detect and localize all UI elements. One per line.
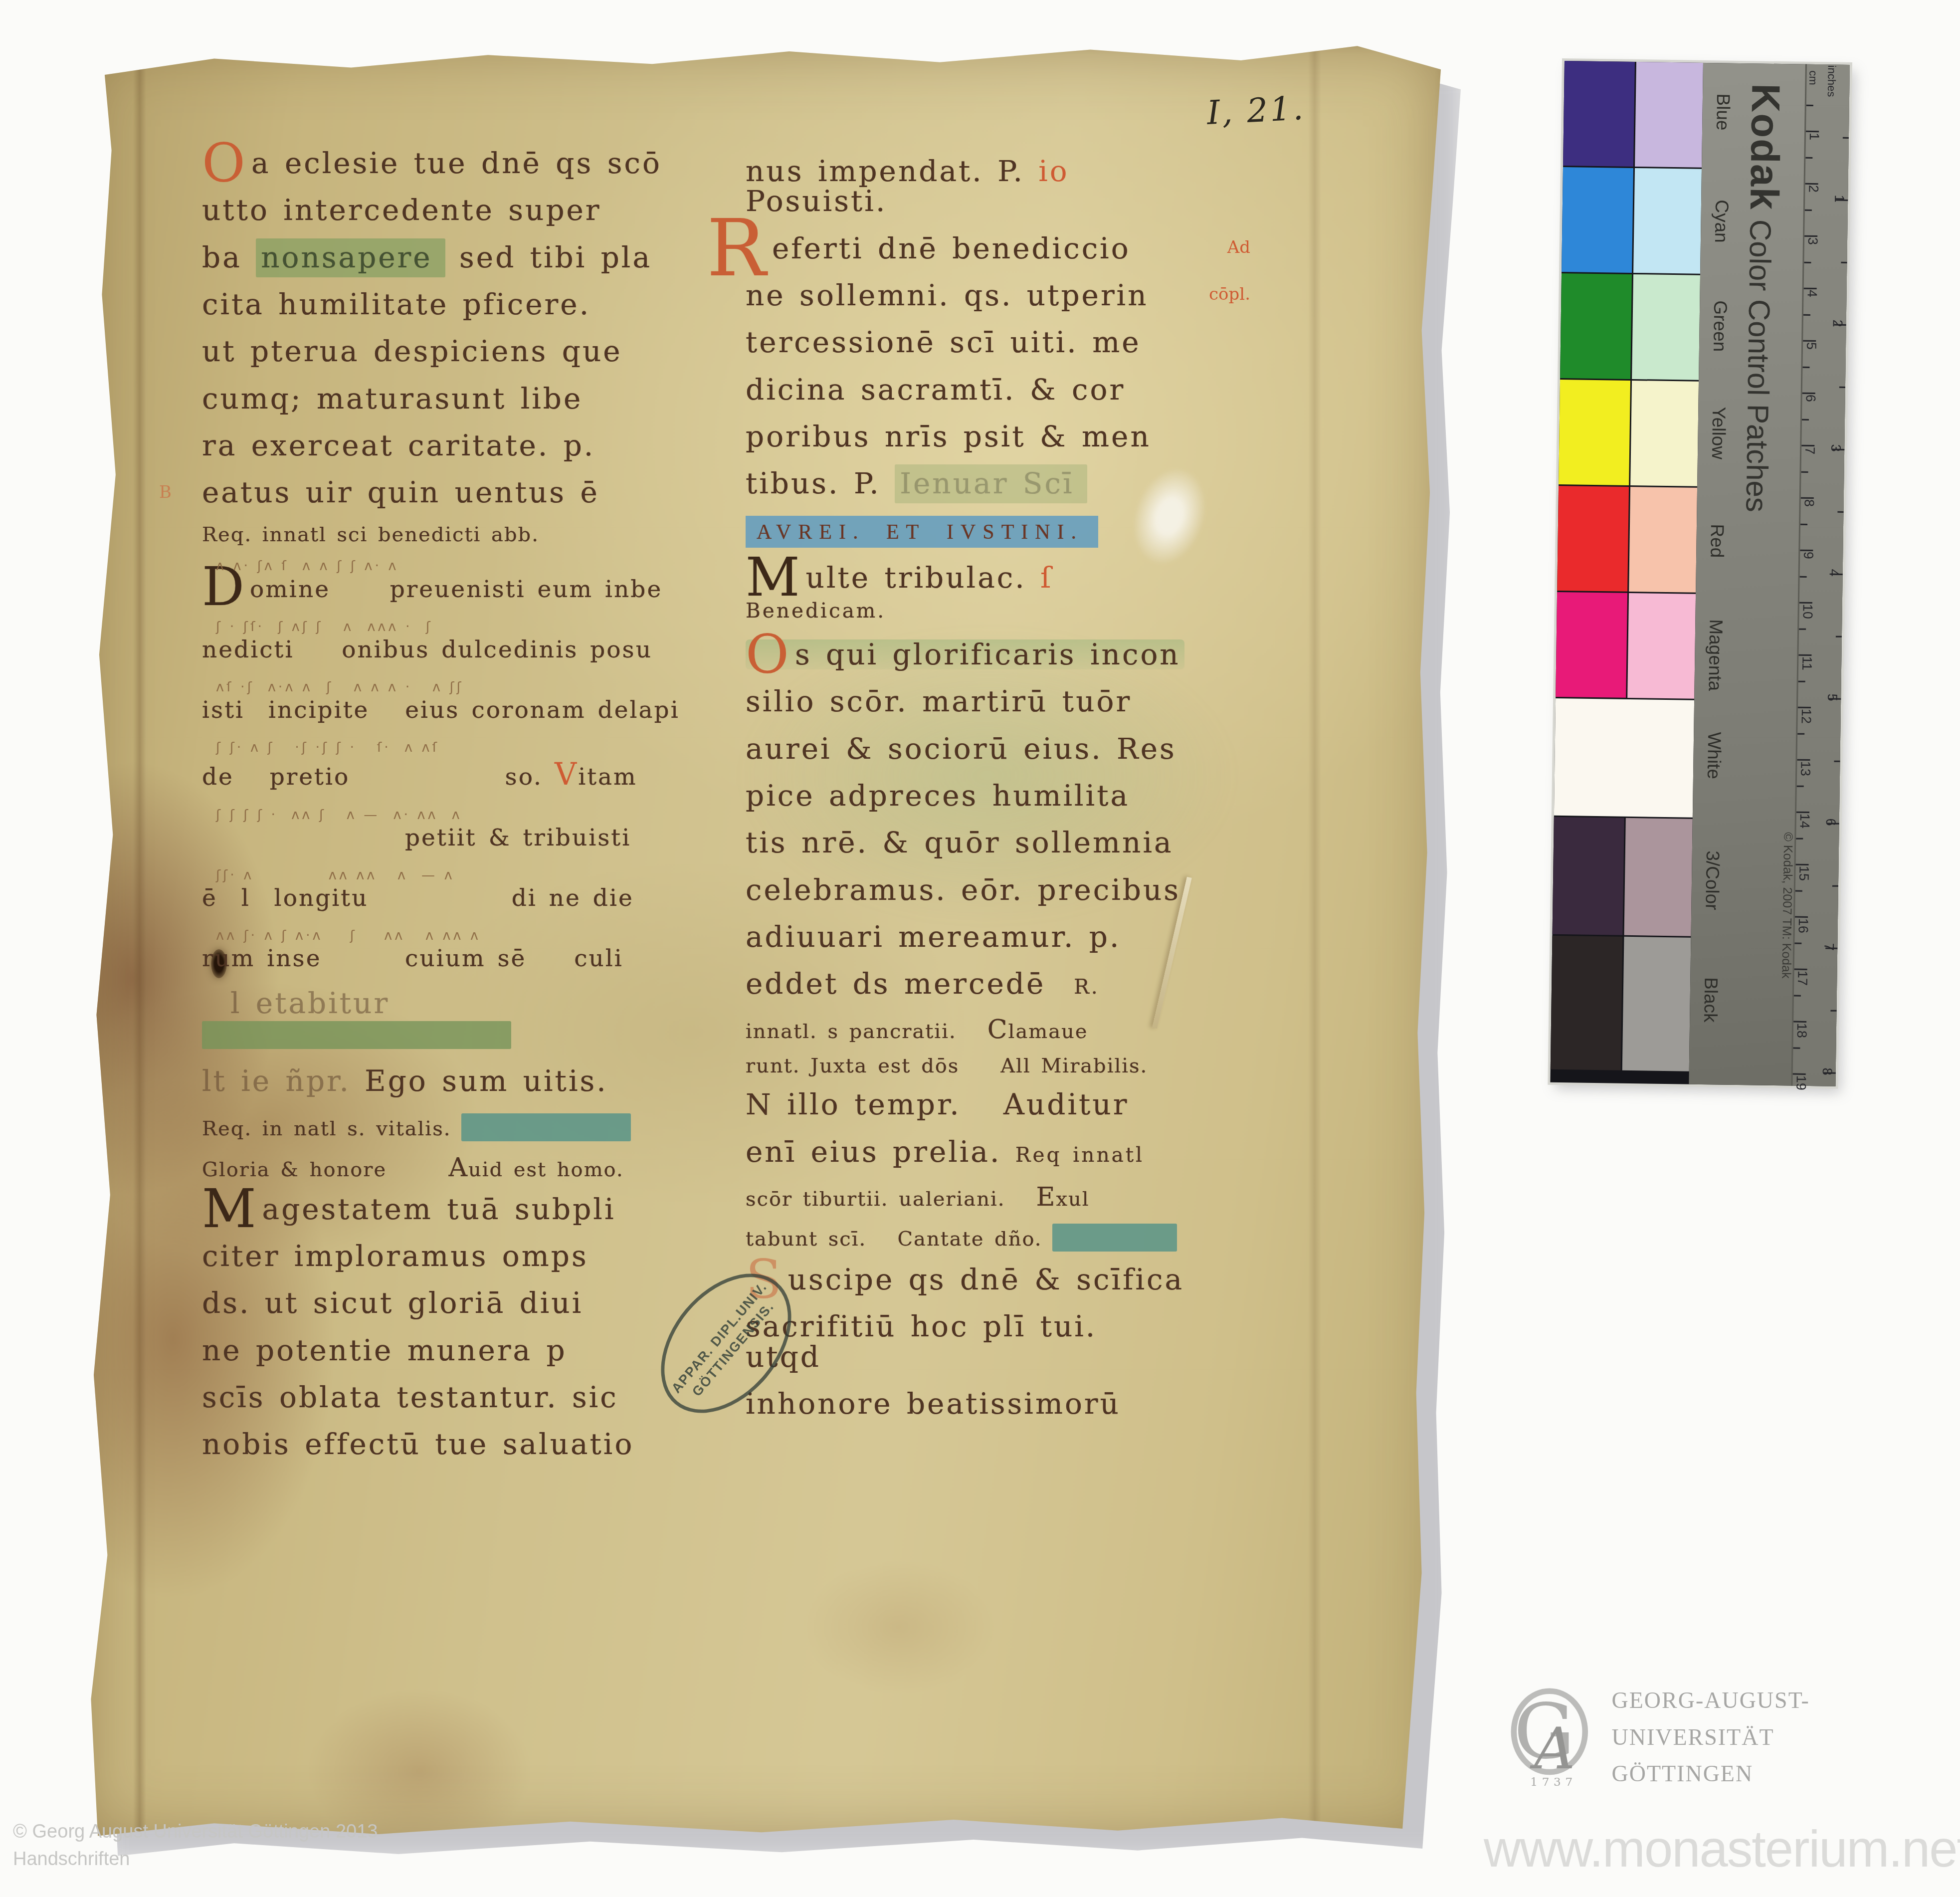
ruler-tick-cm-half <box>1798 680 1805 682</box>
ruler-unit-cm: cm <box>1806 70 1819 85</box>
manuscript-line-text: nedicti onibus dulcedinis posu <box>202 638 706 662</box>
patch-label: Black <box>1700 977 1721 1023</box>
ruler-tick-cm-half <box>1805 157 1812 158</box>
manuscript-text-segment: AVREI. ET IVSTINI. <box>757 521 1083 544</box>
chant-neumes: ʃʃ· ʌ ʌʌ ʌʌ ʌ — ʌ <box>216 867 706 885</box>
manuscript-text-segment: xul <box>1056 1188 1090 1211</box>
manuscript-line: cita humilitate pficere. <box>202 289 706 319</box>
color-patch-row <box>1556 592 1696 699</box>
manuscript-text-segment: utto intercedente super <box>202 193 601 227</box>
manuscript-line: AVREI. ET IVSTINI. <box>746 516 1184 548</box>
manuscript-line-text: ne sollemni. qs. utperin <box>746 280 1184 310</box>
manuscript-text-segment: ne sollemni. qs. utperin <box>746 278 1149 312</box>
manuscript-text-segment: ē l longitu di ne die <box>202 884 634 912</box>
manuscript-line: tis nrē. & quōr sollemnia <box>746 828 1184 857</box>
manuscript-line-text: ba nonsapere sed tibi pla <box>202 242 706 272</box>
illuminated-initial: O <box>202 153 247 173</box>
manuscript-line: celebramus. eōr. precibus <box>746 875 1184 905</box>
manuscript-line-text: citer imploramus omps <box>202 1241 706 1271</box>
manuscript-line-text: de pretio so. Vitam <box>202 759 706 791</box>
manuscript-line: Multe tribulac. ſ Benedicam. <box>746 563 1184 623</box>
copyright-line1: © Georg August Universität Göttingen 201… <box>13 1818 378 1846</box>
manuscript-line-text: isti incipite eius coronam delapi <box>202 698 706 723</box>
ruler-number-inch: 1 <box>1831 195 1847 202</box>
manuscript-line-text: aurei & sociorū eius. Res <box>746 734 1184 764</box>
manuscript-line-text: Req. innatl sci benedicti abb. <box>202 525 706 546</box>
patch-label: Magenta <box>1704 619 1726 691</box>
manuscript-text-segment: uscipe qs dnē & scīfica <box>788 1263 1184 1296</box>
manuscript-text-segment: sed tibi pla <box>445 240 652 274</box>
margin-note: Ad <box>1227 237 1250 257</box>
ruler-tick-cm <box>1795 916 1808 918</box>
manuscript-line: Req. innatl sci benedicti abb. <box>202 525 706 546</box>
color-patch-cyan-tint <box>1633 168 1702 274</box>
manuscript-line-text: cita humilitate pficere. <box>202 289 706 319</box>
manuscript-line-text: tibus. P. Ienuar Scī <box>746 468 1184 498</box>
ruler-tick-cm-half <box>1795 890 1802 891</box>
university-monogram-icon: G A 1737 <box>1505 1684 1596 1791</box>
manuscript-line: Req. in natl s. vitalis. <box>202 1113 706 1141</box>
ruler-tick-cm-half <box>1794 942 1801 944</box>
manuscript-line: ʌ ʌ· ʃʌ ſ ʌ ʌ ʃ ʃ ʌ· ʌDomine preuenisti … <box>202 558 706 602</box>
manuscript-text-segment: omine preuenisti eum inbe <box>250 576 662 603</box>
manuscript-text-segment: ra exerceat caritate. p. <box>202 428 595 462</box>
fold-crease-right <box>1308 42 1321 1843</box>
manuscript-text-segment: ds. ut sicut gloriā diui <box>202 1286 583 1320</box>
ruler-tick-cm <box>1801 445 1814 446</box>
ruler-tick-cm <box>1800 550 1813 551</box>
manuscript-text-segment: E <box>1036 1182 1056 1212</box>
manuscript-line: nus impendat. P. io Posuisti. <box>746 156 1184 216</box>
ruler-number-cm: 18 <box>1794 1023 1809 1038</box>
ruler-number-cm: 15 <box>1796 866 1811 881</box>
ruler-number-cm: 7 <box>1802 447 1817 454</box>
color-patch-magenta-tint <box>1627 593 1696 699</box>
color-patch-row <box>1554 698 1694 818</box>
color-patch-grid <box>1550 61 1703 1084</box>
color-patch-black-tint <box>1622 937 1691 1071</box>
manuscript-text-segment: agestatem tuā subpli <box>262 1192 616 1226</box>
ruler-tick-cm-half <box>1802 366 1809 368</box>
manuscript-text-segment: innatl. s pancratii. <box>746 1020 987 1043</box>
ruler-number-inch: 5 <box>1824 693 1840 701</box>
color-patch-row <box>1551 936 1691 1071</box>
manuscript-line-text: AVREI. ET IVSTINI. <box>746 516 1098 548</box>
patch-label: Blue <box>1712 93 1734 131</box>
ruler-tick-cm-half <box>1800 523 1807 525</box>
manuscript-line: Os qui glorificaris incon <box>746 639 1184 669</box>
manuscript-line: Oa eclesie tue dnē qs scō <box>202 148 706 178</box>
ruler-tick-cm <box>1799 602 1812 604</box>
manuscript-line-text: inhonore beatissimorū <box>746 1389 1184 1419</box>
ruler-tick-cm-half <box>1797 785 1804 787</box>
ruler-tick-cm <box>1804 288 1817 289</box>
manuscript-text-segment: s qui glorificaris incon <box>795 637 1180 671</box>
manuscript-text-segment: Cantate dño. <box>897 1228 1052 1251</box>
highlight-band <box>1052 1224 1177 1252</box>
copyright-note: © Georg August Universität Göttingen 201… <box>13 1818 378 1873</box>
ruler-tick-inch-half <box>1837 511 1843 513</box>
chant-neumes: ʌ ʌ· ʃʌ ſ ʌ ʌ ʃ ʃ ʌ· ʌ <box>216 558 706 576</box>
manuscript-text-segment: tabunt scī. <box>746 1228 897 1251</box>
ruler-tick-cm-half <box>1802 419 1809 420</box>
manuscript-line-text: silio scōr. martirū tuōr <box>746 686 1184 716</box>
manuscript-line: ne potentie munera p <box>202 1335 706 1365</box>
ruler-tick-inch-half <box>1834 761 1840 762</box>
chart-title: Color Control Patches <box>1740 219 1777 513</box>
color-patch-magenta <box>1556 592 1627 698</box>
manuscript-text-segment: N illo tempr. Auditur <box>746 1087 1129 1121</box>
ruler-number-cm: 19 <box>1793 1075 1808 1090</box>
color-patch-row <box>1559 380 1699 486</box>
manuscript-text-segment: lt ie ñpr. <box>202 1064 365 1098</box>
color-patch-red <box>1557 486 1629 592</box>
chart-brand-title: KodakColor Control Patches <box>1737 83 1788 513</box>
manuscript-line-text: sacrifitiū hoc plī tui. utqd <box>746 1311 1184 1372</box>
ruler-number-inch: 4 <box>1826 569 1842 576</box>
ruler-tick-inch-half <box>1841 262 1847 263</box>
manuscript-line: Gloria & honore Auid est homo. <box>202 1154 706 1181</box>
manuscript-line-text: rum inse cuium sē culi <box>202 947 706 971</box>
manuscript-line: sacrifitiū hoc plī tui. utqd <box>746 1311 1184 1372</box>
color-patch-3/color <box>1553 817 1624 935</box>
university-logo: G A 1737 GEORG-AUGUST-UNIVERSITÄT GÖTTIN… <box>1505 1682 1960 1792</box>
manuscript-line: ʃ ʃ· ʌ ʃ ·ʃ ·ʃ ʃ · ſ· ʌ ʌſde pretio so. … <box>202 740 706 791</box>
manuscript-text-segment: Req. in natl s. vitalis. <box>202 1117 461 1140</box>
highlight-band <box>202 1021 511 1049</box>
manuscript-line: innatl. s pancratii. Clamaue <box>746 1016 1184 1043</box>
chant-neumes: ʃ ʃ ʃ ʃ · ʌʌ ʃ ʌ — ʌ· ʌʌ ʌ <box>216 807 706 825</box>
ruler-tick-cm-half <box>1805 209 1812 211</box>
manuscript-text-segment: eddet ds mercedē <box>746 967 1074 1001</box>
illuminated-initial: M <box>202 1199 258 1219</box>
chant-neumes: ʌʌ ʃ· ʌ ʃ ʌ·ʌ ʃ ʌʌ ʌ ʌʌ ʌ <box>216 928 706 946</box>
manuscript-line-text: tabunt scī. Cantate dño. <box>746 1224 1184 1252</box>
patch-label: White <box>1703 732 1725 779</box>
ruler-tick-cm-half <box>1794 995 1801 996</box>
manuscript-text-segment: ne potentie munera p <box>202 1333 567 1367</box>
chant-neumes: ʃ · ʃſ· ʃ ʌʃ ʃ ʌ ʌʌʌ · ʃ <box>216 619 706 637</box>
manuscript-line-text: Referti dnē benediccio <box>746 233 1184 263</box>
ruler-number-cm: 13 <box>1797 761 1813 776</box>
ruler-number-cm: 3 <box>1805 237 1820 245</box>
ruler-tick-cm-half <box>1793 1047 1800 1049</box>
manuscript-text-segment: Ego sum uitis. <box>365 1064 607 1098</box>
manuscript-line: ds. ut sicut gloriā diui <box>202 1288 706 1318</box>
manuscript-line: silio scōr. martirū tuōr <box>746 686 1184 716</box>
chant-neumes: ʃ ʃ· ʌ ʃ ·ʃ ·ʃ ʃ · ſ· ʌ ʌſ <box>216 740 706 758</box>
manuscript-text-segment: cita humilitate pficere. <box>202 287 590 321</box>
manuscript-line: ut pterua despiciens que <box>202 336 706 366</box>
ruler-tick-cm <box>1793 1021 1806 1023</box>
university-name: GEORG-AUGUST-UNIVERSITÄT GÖTTINGEN <box>1611 1682 1960 1792</box>
manuscript-line-text: ne potentie munera p <box>202 1335 706 1365</box>
manuscript-line: Referti dnē benediccioAd <box>746 233 1184 263</box>
manuscript-text-segment: scīs oblata testantur. sic <box>202 1380 618 1414</box>
color-patch-blue-tint <box>1635 62 1703 168</box>
ruler-number-inch: 2 <box>1830 319 1845 327</box>
watermark: www.monasterium.net <box>1484 1820 1960 1879</box>
manuscript-line: scīs oblata testantur. sic <box>202 1382 706 1412</box>
manuscript-line-text: Multe tribulac. ſ Benedicam. <box>746 563 1184 623</box>
ruler-tick-cm <box>1794 969 1807 970</box>
manuscript-text-segment: Req. innatl sci benedicti abb. <box>202 523 539 546</box>
manuscript-text-segment: citer imploramus omps <box>202 1239 588 1273</box>
patch-label: Yellow <box>1708 407 1729 459</box>
manuscript-line: runt. Juxta est dōs All Mirabilis. <box>746 1056 1184 1077</box>
manuscript-text-segment: ut pterua despiciens que <box>202 334 622 368</box>
color-patch-black <box>1551 936 1623 1070</box>
ruler-tick-cm-half <box>1804 261 1811 263</box>
color-patch-row <box>1557 486 1697 593</box>
manuscript-text-segment: enī eius prelia. <box>746 1135 1015 1169</box>
manuscript-text-segment: silio scōr. martirū tuōr <box>746 684 1132 718</box>
manuscript-line-text: tercessionē scī uiti. me <box>746 327 1184 357</box>
manuscript-text-segment: Gloria & honore <box>202 1158 448 1181</box>
manuscript-text-segment: poribus nrīs psit & men <box>746 420 1151 453</box>
manuscript-line: poribus nrīs psit & men <box>746 422 1184 451</box>
ruler-tick-cm <box>1801 497 1814 499</box>
manuscript-text-segment: uid est homo. <box>468 1158 624 1181</box>
color-patch-row <box>1553 817 1693 936</box>
manuscript-line: ʃ ʃ ʃ ʃ · ʌʌ ʃ ʌ — ʌ· ʌʌ ʌ petiit & trib… <box>202 807 706 850</box>
manuscript-line-text: N illo tempr. Auditur <box>746 1089 1184 1119</box>
chart-brand: Kodak <box>1742 83 1788 211</box>
ruler-unit-inches: inches <box>1825 65 1838 97</box>
manuscript-line-text: ra exerceat caritate. p. <box>202 430 706 460</box>
manuscript-line: aurei & sociorū eius. Res <box>746 734 1184 764</box>
manuscript-text-segment: Ienuar Scī <box>895 464 1087 503</box>
manuscript-line: ʌʌ ʃ· ʌ ʃ ʌ·ʌ ʃ ʌʌ ʌ ʌʌ ʌrum inse cuium … <box>202 928 706 971</box>
ruler-tick-cm <box>1805 183 1818 185</box>
svg-text:A: A <box>1530 1715 1575 1782</box>
manuscript-text-segment: inhonore beatissimorū <box>746 1387 1121 1421</box>
ruler-number-cm: 4 <box>1804 290 1819 297</box>
margin-note: B <box>159 482 172 502</box>
color-patch-green-tint <box>1632 274 1700 380</box>
manuscript-text-segment: tercessionē scī uiti. me <box>746 325 1141 359</box>
manuscript-line-text: adiuuari mereamur. p. <box>746 922 1184 952</box>
manuscript-line-text: ē l longitu di ne die <box>202 886 706 911</box>
text-column-left: Oa eclesie tue dnē qs scōutto interceden… <box>202 148 706 1476</box>
manuscript-text-segment: R. <box>1074 975 1099 999</box>
manuscript-text-segment: A <box>448 1153 468 1183</box>
color-patch-row <box>1563 61 1703 168</box>
ruler-tick-cm <box>1793 1073 1806 1075</box>
manuscript-line: pice adpreces humilita <box>746 781 1184 811</box>
fold-crease-left <box>133 42 146 1843</box>
manuscript-line: scōr tiburtii. ualeriani. Exul <box>746 1184 1184 1211</box>
patch-label: Cyan <box>1711 200 1732 243</box>
highlight-band <box>461 1113 631 1141</box>
color-patch-red-tint <box>1629 487 1697 593</box>
ruler-tick-cm-half <box>1800 576 1807 577</box>
manuscript-line-text: scīs oblata testantur. sic <box>202 1382 706 1412</box>
manuscript-text-segment: ſ <box>1040 561 1067 595</box>
manuscript-line: ʃʃ· ʌ ʌʌ ʌʌ ʌ — ʌē l longitu di ne die <box>202 867 706 911</box>
manuscript-line-text: lt ie ñpr. Ego sum uitis. <box>202 1066 706 1096</box>
manuscript-text-segment: isti incipite eius coronam delapi <box>202 696 680 724</box>
manuscript-line-text: dicina sacramtī. & cor <box>746 375 1184 405</box>
color-patch-white <box>1554 698 1694 818</box>
manuscript-text-segment: celebramus. eōr. precibus <box>746 873 1180 907</box>
patch-label: 3/Color <box>1701 850 1723 910</box>
manuscript-text-segment: sacrifitiū hoc plī tui. utqd <box>746 1309 1111 1373</box>
manuscript-text-segment: scōr tiburtii. ualeriani. <box>746 1188 1036 1211</box>
manuscript-line-text: innatl. s pancratii. Clamaue <box>746 1016 1184 1043</box>
manuscript-line: cumq; maturasunt libe <box>202 384 706 414</box>
manuscript-text-segment: Req innatl <box>1015 1143 1144 1167</box>
manuscript-text-segment: All Mirabilis. <box>1000 1054 1148 1077</box>
manuscript-line-text: Os qui glorificaris incon <box>746 639 1184 669</box>
manuscript-line: ʌſ ·ʃ ʌ·ʌ ʌ ʃ ʌ ʌ ʌ · ʌ ʃʃisti incipite … <box>202 679 706 723</box>
illuminated-initial: R <box>707 241 768 256</box>
manuscript-text-segment: a eclesie tue dnē qs scō <box>251 146 662 180</box>
ruler-tick-cm <box>1798 654 1811 656</box>
manuscript-line-text: nobis effectū tue saluatio <box>202 1429 706 1459</box>
copyright-line2: Handschriften <box>13 1846 378 1873</box>
manuscript-line: nobis effectū tue saluatio <box>202 1429 706 1459</box>
margin-note: cōpl. <box>1209 284 1250 304</box>
ruler-number-cm: 9 <box>1800 552 1816 559</box>
ruler-tick-cm-half <box>1797 733 1804 734</box>
ruler-tick-cm-half <box>1806 104 1813 106</box>
manuscript-text-segment: de pretio so. <box>202 763 555 791</box>
manuscript-line: Suscipe qs dnē & scīfica <box>746 1265 1184 1294</box>
ruler-number-cm: 8 <box>1801 499 1817 507</box>
university-name-line2: GÖTTINGEN <box>1611 1755 1960 1792</box>
manuscript-line: ʃ · ʃſ· ʃ ʌʃ ʃ ʌ ʌʌʌ · ʃnedicti onibus d… <box>202 619 706 662</box>
manuscript-text-segment: Benedicam. <box>746 599 886 623</box>
ruler-tick-cm <box>1804 235 1817 237</box>
manuscript-line-text: scōr tiburtii. ualeriani. Exul <box>746 1184 1184 1211</box>
ruler-number-cm: 14 <box>1797 814 1812 829</box>
manuscript-text-segment: runt. Juxta est dōs <box>746 1054 1000 1077</box>
ruler-number-inch: 7 <box>1821 943 1836 950</box>
chart-ruler: cm inches 123456789101112131415161718191… <box>1791 64 1850 1086</box>
manuscript-text-segment: io <box>1038 154 1083 188</box>
manuscript-line-text: Suscipe qs dnē & scīfica <box>746 1265 1184 1294</box>
ruler-tick-cm-half <box>1799 628 1806 630</box>
manuscript-text-segment: dicina sacramtī. & cor <box>746 373 1125 407</box>
manuscript-line-text: l etabitur <box>202 988 706 1049</box>
manuscript-text-segment: itam <box>578 763 637 791</box>
ruler-number-cm: 1 <box>1806 133 1822 140</box>
manuscript-line-text: enī eius prelia. Req innatl <box>746 1137 1184 1167</box>
manuscript-line-text: petiit & tribuisti <box>202 826 706 850</box>
manuscript-line: Magestatem tuā subpli <box>202 1194 706 1224</box>
manuscript-text-segment: lamaue <box>1008 1020 1088 1043</box>
ruler-tick-cm-half <box>1803 314 1810 315</box>
manuscript-text-segment: nedicti onibus dulcedinis posu <box>202 636 652 663</box>
ruler-number-inch: 6 <box>1823 818 1838 826</box>
manuscript-line-text: ds. ut sicut gloriā diui <box>202 1288 706 1318</box>
manuscript-text-segment: eferti dnē benediccio <box>772 231 1131 265</box>
manuscript-line: eatus uir quin uentus ēB <box>202 477 706 507</box>
page-shelfmark: I, 21. <box>1206 89 1306 132</box>
ruler-tick-cm-half <box>1801 471 1808 472</box>
manuscript-text-segment: ba <box>202 240 256 274</box>
manuscript-text-segment: V <box>555 757 578 792</box>
manuscript-text-segment: tis nrē. & quōr sollemnia <box>746 826 1174 859</box>
digitized-manuscript-page: { "page": { "shelfmark": "I, 21.", "copy… <box>0 0 1960 1897</box>
manuscript-text-segment: ulte tribulac. <box>806 561 1041 595</box>
color-patch-cyan <box>1562 167 1633 273</box>
manuscript-text-segment: adiuuari mereamur. p. <box>746 920 1121 954</box>
manuscript-line: l etabitur <box>202 988 706 1049</box>
manuscript-line-text: Domine preuenisti eum inbe <box>202 577 706 602</box>
ruler-number-cm: 5 <box>1803 342 1819 350</box>
manuscript-line: enī eius prelia. Req innatl <box>746 1137 1184 1167</box>
manuscript-text-segment: rum inse cuium sē culi <box>202 945 623 972</box>
manuscript-line: citer imploramus omps <box>202 1241 706 1271</box>
illuminated-initial: M <box>746 568 802 588</box>
manuscript-text-segment: nus impendat. P. <box>746 154 1038 188</box>
ruler-tick-cm <box>1802 393 1815 394</box>
manuscript-line: dicina sacramtī. & cor <box>746 375 1184 405</box>
patch-label: Red <box>1706 524 1728 558</box>
ruler-tick-cm-half <box>1796 838 1803 839</box>
kodak-color-chart: KodakColor Control Patches © Kodak, 2007… <box>1550 61 1850 1086</box>
parchment-leaf: I, 21. Oa eclesie tue dnē qs scōutto int… <box>77 42 1446 1843</box>
manuscript-line: utto intercedente super <box>202 195 706 225</box>
manuscript-text-segment: pice adpreces humilita <box>746 779 1130 813</box>
chart-gray-bar: KodakColor Control Patches © Kodak, 2007… <box>1689 63 1850 1086</box>
university-name-line1: GEORG-AUGUST-UNIVERSITÄT <box>1611 1682 1960 1755</box>
manuscript-line: ne sollemni. qs. utperincōpl. <box>746 280 1184 310</box>
manuscript-line: ra exerceat caritate. p. <box>202 430 706 460</box>
ruler-tick-cm <box>1796 864 1809 865</box>
ruler-tick-inch-half <box>1836 636 1842 637</box>
manuscript-line-text: Magestatem tuā subpli <box>202 1194 706 1224</box>
ruler-tick-inch-half <box>1832 885 1838 887</box>
illuminated-initial: O <box>746 644 791 664</box>
ruler-number-cm: 16 <box>1795 918 1811 933</box>
manuscript-text-segment: nonsapere <box>256 238 445 277</box>
manuscript-line: eddet ds mercedē R. <box>746 969 1184 999</box>
manuscript-line: N illo tempr. Auditur <box>746 1089 1184 1119</box>
ruler-tick-inch-half <box>1839 387 1845 388</box>
manuscript-text-segment: petiit & tribuisti <box>202 824 631 851</box>
svg-text:1737: 1737 <box>1530 1775 1577 1788</box>
ruler-number-cm: 17 <box>1794 971 1810 986</box>
color-patch-row <box>1560 273 1700 380</box>
color-patch-3/color-tint <box>1624 818 1693 936</box>
chant-neumes: ʌſ ·ʃ ʌ·ʌ ʌ ʃ ʌ ʌ ʌ · ʌ ʃʃ <box>216 679 706 697</box>
manuscript-line: tercessionē scī uiti. me <box>746 327 1184 357</box>
manuscript-line-text: cumq; maturasunt libe <box>202 384 706 414</box>
color-patch-green <box>1560 273 1632 379</box>
ruler-number-cm: 6 <box>1802 395 1818 402</box>
manuscript-text-segment: nobis effectū tue saluatio <box>202 1427 634 1461</box>
manuscript-line-text: Oa eclesie tue dnē qs scō <box>202 148 706 178</box>
color-patch-row <box>1562 167 1702 274</box>
ruler-tick-cm <box>1803 340 1816 342</box>
manuscript-text-segment: C <box>987 1015 1008 1045</box>
manuscript-text-segment: tibus. P. <box>746 466 895 500</box>
manuscript-line: inhonore beatissimorū <box>746 1389 1184 1419</box>
manuscript-line: ba nonsapere sed tibi pla <box>202 242 706 272</box>
text-column-right: nus impendat. P. io Posuisti.Referti dnē… <box>746 156 1184 1436</box>
manuscript-line-text: pice adpreces humilita <box>746 781 1184 811</box>
color-patch-yellow-tint <box>1630 381 1699 486</box>
manuscript-line-text: eatus uir quin uentus ē <box>202 477 706 507</box>
ruler-number-inch: 3 <box>1828 444 1843 451</box>
manuscript-line-text: utto intercedente super <box>202 195 706 225</box>
ruler-number-inch: 8 <box>1819 1067 1835 1075</box>
manuscript-line-text: tis nrē. & quōr sollemnia <box>746 828 1184 857</box>
manuscript-line-text: poribus nrīs psit & men <box>746 422 1184 451</box>
